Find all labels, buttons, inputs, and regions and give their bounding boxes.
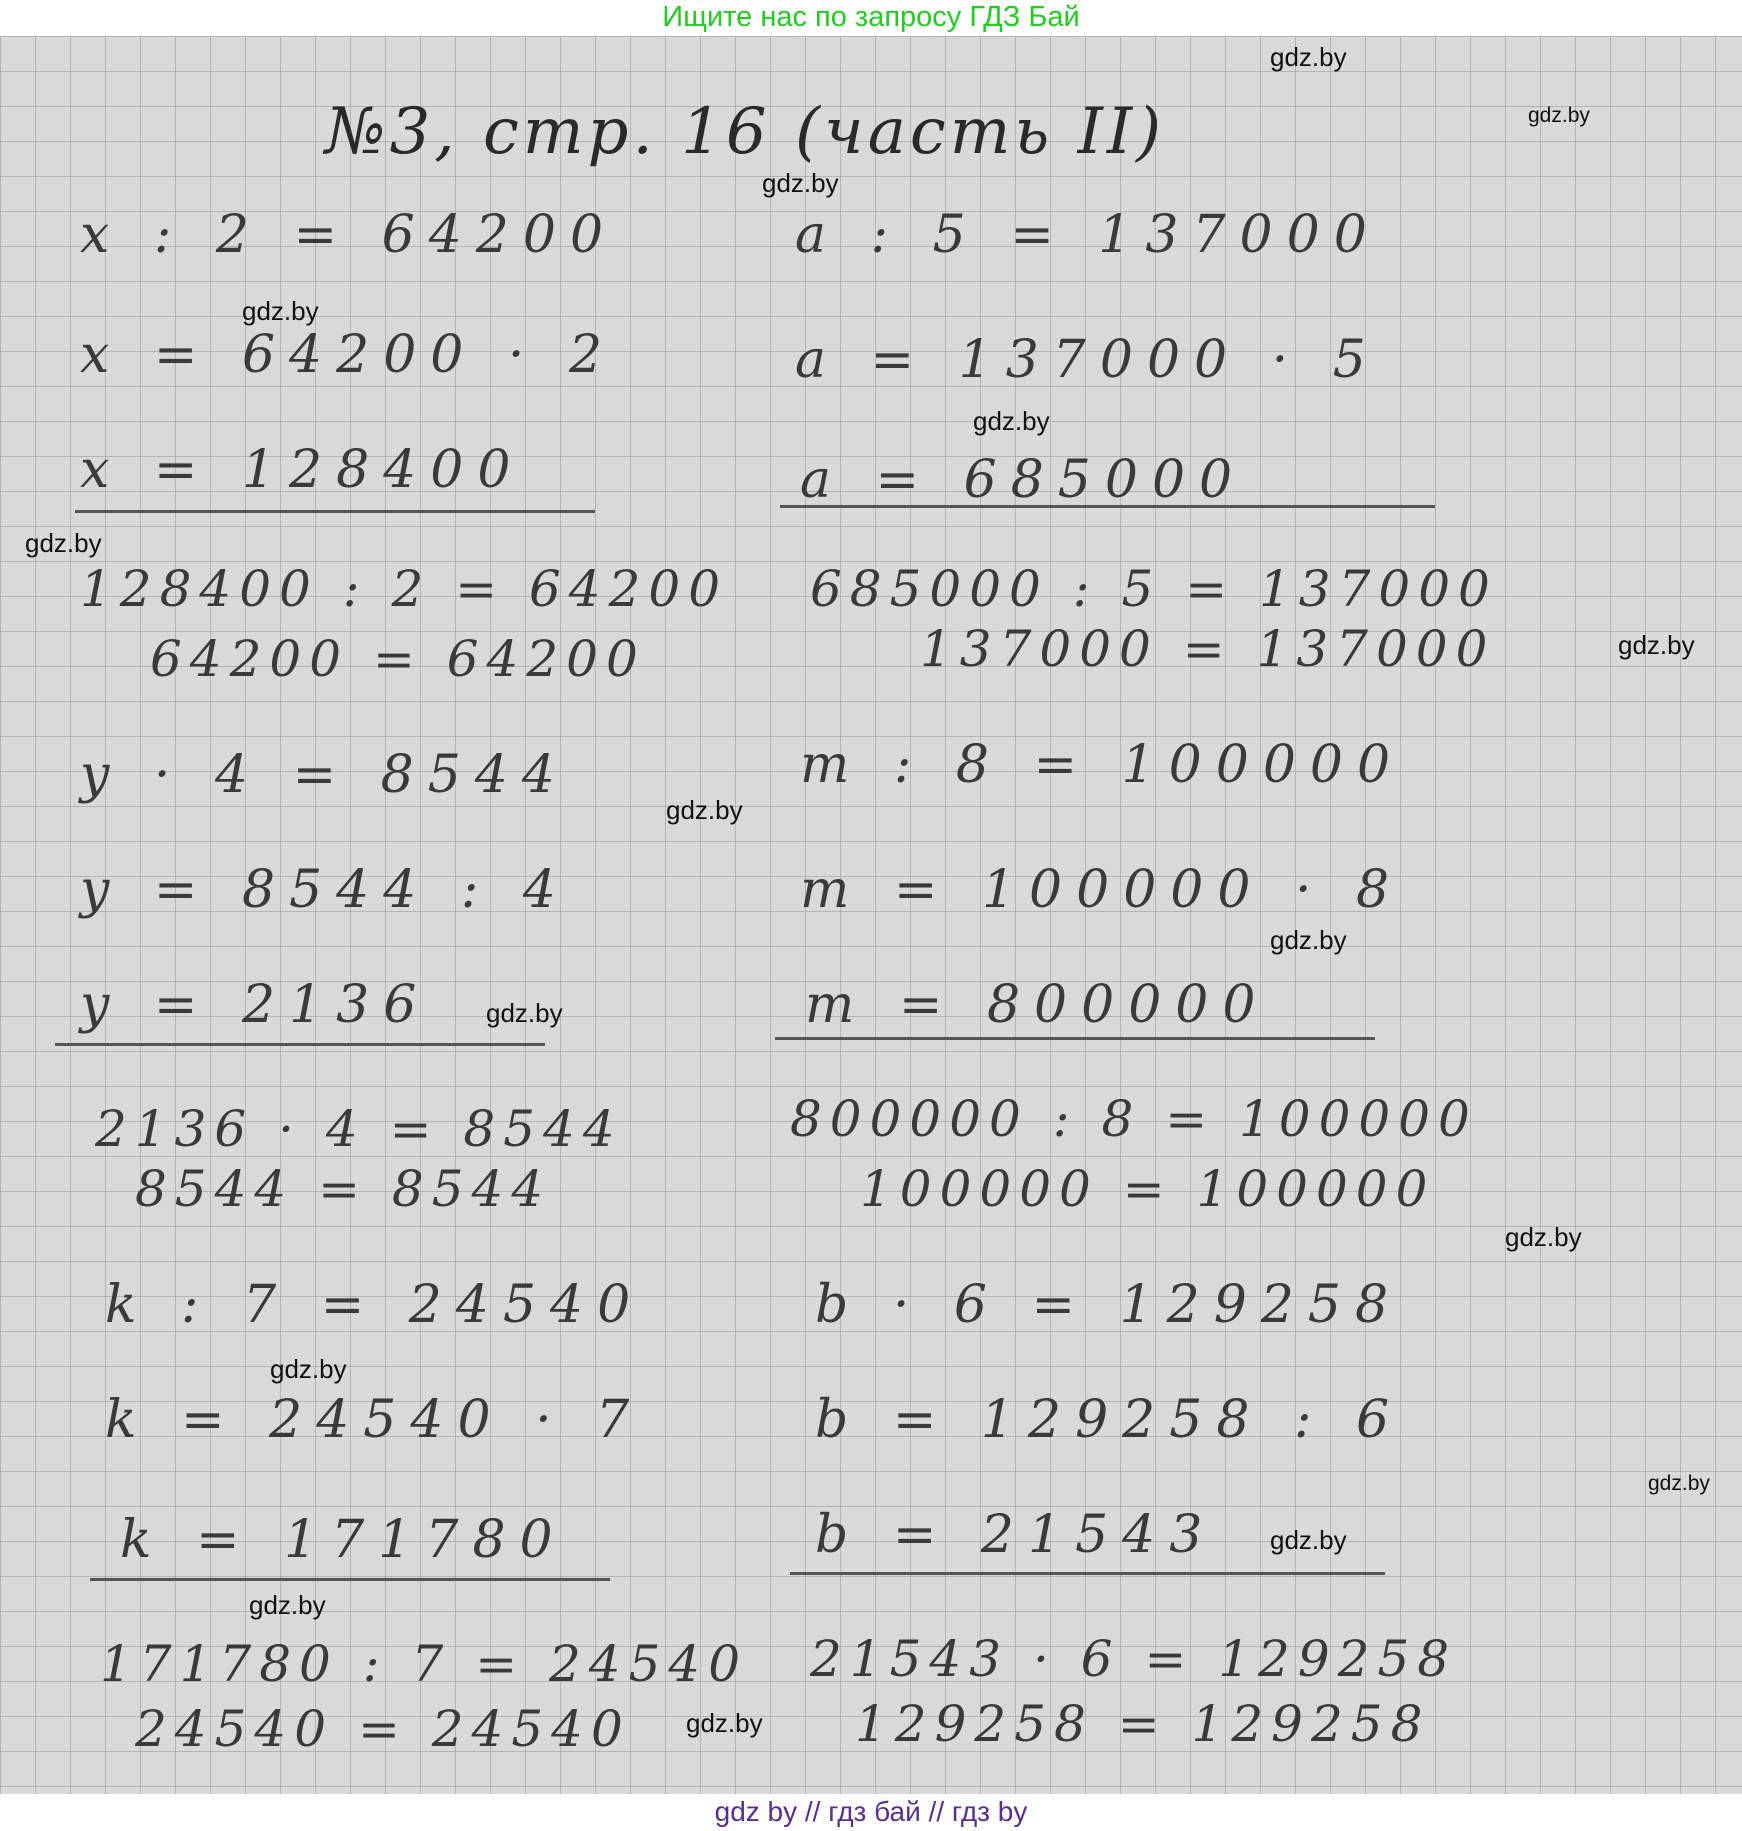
- footer-text: gdz by // гдз бай // гдз by: [715, 1796, 1028, 1827]
- step-1: x = 64200 · 2: [80, 325, 616, 385]
- answer-underline: [790, 1572, 1385, 1575]
- watermark: gdz.by: [270, 1354, 347, 1385]
- equation-3: k : 7 = 24540: [105, 1275, 644, 1335]
- check-6b: 129258 = 129258: [855, 1695, 1430, 1753]
- watermark: gdz.by: [242, 296, 319, 327]
- check-5b: 100000 = 100000: [860, 1160, 1435, 1218]
- equation-2: y · 4 = 8544: [80, 745, 569, 805]
- check-2b: 8544 = 8544: [135, 1160, 551, 1218]
- answer-2: y = 2136: [80, 975, 430, 1035]
- equation-1: x : 2 = 64200: [80, 205, 617, 265]
- watermark: gdz.by: [1648, 1472, 1710, 1496]
- footer-banner: gdz by // гдз бай // гдз by: [0, 1794, 1742, 1831]
- answer-underline: [780, 505, 1435, 508]
- exercise-title: №3, стр. 16 (часть II): [325, 95, 1165, 169]
- watermark: gdz.by: [686, 1708, 763, 1739]
- answer-underline: [90, 1578, 610, 1581]
- answer-5: m = 800000: [805, 975, 1269, 1035]
- search-banner: Ищите нас по запросу ГДЗ Бай: [0, 0, 1742, 36]
- watermark: gdz.by: [973, 406, 1050, 437]
- check-6a: 21543 · 6 = 129258: [810, 1630, 1457, 1688]
- answer-3: k = 171780: [120, 1510, 567, 1570]
- check-3b: 24540 = 24540: [135, 1700, 631, 1758]
- check-3a: 171780 : 7 = 24540: [100, 1635, 748, 1693]
- step-3: k = 24540 · 7: [105, 1390, 643, 1450]
- check-4b: 137000 = 137000: [920, 620, 1495, 678]
- equation-5: m : 8 = 100000: [800, 735, 1404, 795]
- check-1a: 128400 : 2 = 64200: [80, 560, 728, 618]
- answer-underline: [55, 1043, 545, 1046]
- watermark: gdz.by: [1528, 104, 1590, 128]
- answer-underline: [75, 510, 595, 513]
- watermark: gdz.by: [486, 998, 563, 1029]
- step-2: y = 8544 : 4: [80, 860, 570, 920]
- watermark: gdz.by: [25, 528, 102, 559]
- check-1b: 64200 = 64200: [150, 630, 646, 688]
- step-6: b = 129258 : 6: [815, 1390, 1403, 1450]
- watermark: gdz.by: [249, 1590, 326, 1621]
- watermark: gdz.by: [1270, 925, 1347, 956]
- watermark: gdz.by: [1618, 630, 1695, 661]
- watermark: gdz.by: [1270, 1525, 1347, 1556]
- step-4: a = 137000 · 5: [795, 330, 1380, 390]
- watermark: gdz.by: [1270, 42, 1347, 73]
- equation-4: a : 5 = 137000: [795, 205, 1381, 265]
- equation-6: b · 6 = 129258: [815, 1275, 1402, 1335]
- answer-1: x = 128400: [80, 440, 524, 500]
- check-2a: 2136 · 4 = 8544: [95, 1100, 623, 1158]
- banner-text: Ищите нас по запросу ГДЗ Бай: [662, 1, 1079, 33]
- watermark: gdz.by: [666, 795, 743, 826]
- watermark: gdz.by: [762, 168, 839, 199]
- check-5a: 800000 : 8 = 100000: [790, 1090, 1478, 1148]
- answer-6: b = 21543: [815, 1505, 1216, 1565]
- answer-4: a = 685000: [800, 450, 1246, 510]
- answer-underline: [775, 1037, 1375, 1040]
- check-4a: 685000 : 5 = 137000: [810, 560, 1498, 618]
- step-5: m = 100000 · 8: [800, 860, 1403, 920]
- watermark: gdz.by: [1505, 1222, 1582, 1253]
